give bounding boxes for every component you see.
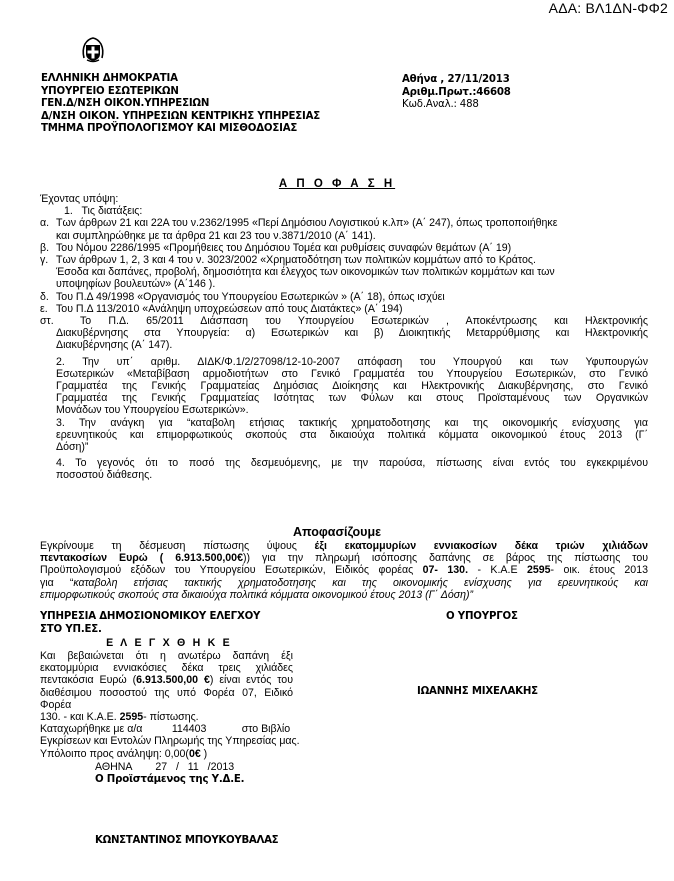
issuer-line: ΥΠΟΥΡΓΕΙΟ ΕΣΩΤΕΡΙΚΩΝ <box>41 86 320 99</box>
decision-line: επιμορφωτικούς σκοπούς στα δικαιούχα πολ… <box>40 589 648 601</box>
reference-block: Αθήνα , 27/11/2013 Αριθμ.Πρωτ.:46608 Κωδ… <box>402 74 511 112</box>
audited-label: Ε Λ Ε Γ Χ Θ Η Κ Ε <box>40 637 298 649</box>
provision-e: ε.Του Π.Δ 113/2010 «Ανάληψη υποχρεώσεων … <box>40 303 648 315</box>
protocol-number: Αριθμ.Πρωτ.:46608 <box>402 87 511 100</box>
audit-certification: Και βεβαιώνεται ότι η ανωτέρω δαπάνη έξι… <box>40 650 293 760</box>
audit-line: πεντακόσια Ευρώ (6.913.500,00 €) είναι ε… <box>40 674 293 686</box>
minister-title: Ο ΥΠΟΥΡΓΟΣ <box>446 611 518 622</box>
considering-label: Έχοντας υπόψη: <box>40 193 648 205</box>
issuer-line: ΓΕΝ.Δ/ΝΣΗ ΟΙΚΟΝ.ΥΠΗΡΕΣΙΩΝ <box>41 98 320 111</box>
audit-line: εκατομμύρια εννιακόσιες δέκα τρεις χιλιά… <box>40 662 293 674</box>
audit-remaining: Υπόλοιπο προς ανάληψη: 0,00(0€ ) <box>40 748 293 760</box>
issuer-line: ΤΜΗΜΑ ΠΡΟΫΠΟΛΟΓΙΣΜΟΥ ΚΑΙ ΜΙΣΘΟΔΟΣΙΑΣ <box>41 123 320 136</box>
decision-line: για “καταβολη ετήσιας τακτικής χρηματοδο… <box>40 577 648 589</box>
considerations: Έχοντας υπόψη: 1. Τις διατάξεις: α.Των ά… <box>40 193 648 482</box>
provision-c-cont: Έσοδα και δαπάνες, προβολή, δημοσιότητα … <box>40 266 648 278</box>
audit-line: 130. - και Κ.Α.Ε. 2595- πίστωσης. <box>40 711 293 723</box>
ada-code: ΑΔΑ: ΒΛ1ΔΝ-ΦΦ2 <box>549 0 668 16</box>
item-2: 2. Την υπ΄ αριθμ. ΔΙΔΚ/Φ.1/2/27098/12-10… <box>40 356 648 368</box>
decision-line: πεντακοσίων Ευρώ ( 6.913.500,00€)) για τ… <box>40 552 648 564</box>
provision-c: γ.Των άρθρων 1, 2, 3 και 4 του ν. 3023/2… <box>40 254 648 266</box>
item-2-cont: Γραμματέα της Γενικής Γραμματείας Ισότητ… <box>40 392 648 404</box>
audit-head-name: ΚΩΝΣΤΑΝΤΙΝΟΣ ΜΠΟΥΚΟΥΒΑΛΑΣ <box>95 835 278 846</box>
issuer-line: Δ/ΝΣΗ ΟΙΚΟΝ. ΥΠΗΡΕΣΙΩΝ ΚΕΝΤΡΙΚΗΣ ΥΠΗΡΕΣΙ… <box>41 111 320 124</box>
document-title: Α Π Ο Φ Α Σ Η <box>0 178 674 190</box>
issuer-line: ΕΛΛΗΝΙΚΗ ΔΗΜΟΚΡΑΤΙΑ <box>41 73 320 86</box>
item-4-cont: ποσοστού διάθεσης. <box>40 469 648 481</box>
audit-date: ΑΘΗΝΑ 27 / 11 /2013 <box>95 761 234 773</box>
minister-name: ΙΩΑΝΝΗΣ ΜΙΧΕΛΑΚΗΣ <box>417 686 538 697</box>
audit-line: διαθέσιμου ποσοστού της υπό Φορέα 07, Ει… <box>40 687 293 711</box>
item-3: 3. Την ανάγκη για “καταβολη ετήσιας τακτ… <box>40 417 648 429</box>
decision-heading: Αποφασίζουμε <box>0 525 674 539</box>
greek-coat-of-arms-icon <box>81 36 105 66</box>
decision-paragraph: Εγκρίνουμε τη δέσμευση πίστωσης ύψους έξ… <box>40 540 648 601</box>
item-2-cont: Εσωτερικών «Μεταβίβαση αρμοδιοτήτων στο … <box>40 368 648 380</box>
analysis-code: Κωδ.Αναλ.: 488 <box>402 99 511 112</box>
audit-service-heading: ΥΠΗΡΕΣΙΑ ΔΗΜΟΣΙΟΝΟΜΙΚΟΥ ΕΛΕΓΧΟΥ ΣΤΟ ΥΠ.Ε… <box>40 611 260 636</box>
document-title-text: Α Π Ο Φ Α Σ Η <box>279 178 395 190</box>
item-2-cont: Μονάδων του Υπουργείου Εσωτερικών». <box>40 404 648 416</box>
item-2-cont: Γραμματέα της Γενικής Γραμματείας Δημόσι… <box>40 380 648 392</box>
issuer-block: ΕΛΛΗΝΙΚΗ ΔΗΜΟΚΡΑΤΙΑ ΥΠΟΥΡΓΕΙΟ ΕΣΩΤΕΡΙΚΩΝ… <box>41 73 320 136</box>
audit-amount: 6.913.500,00 € <box>136 674 210 686</box>
audit-head-title: Ο Προϊστάμενος της Υ.Δ.Ε. <box>95 774 244 785</box>
audit-line: Εγκρίσεων και Εντολών Πληρωμής της Υπηρε… <box>40 735 293 747</box>
item-4: 4. Το γεγονός ότι το ποσό της δεσμευόμεν… <box>40 457 648 469</box>
decision-amount: πεντακοσίων Ευρώ ( 6.913.500,00€ <box>40 552 243 564</box>
provision-st-cont: Διακυβέρνησης στα Υπουργεία: α) Εσωτερικ… <box>40 327 648 339</box>
provision-d: δ.Του Π.Δ 49/1998 «Οργανισμός του Υπουργ… <box>40 291 648 303</box>
item-1: 1. Τις διατάξεις: <box>40 205 648 217</box>
audit-line: Και βεβαιώνεται ότι η ανωτέρω δαπάνη έξι <box>40 650 293 662</box>
item-3-cont: ερευνητικούς και επιμορφωτικούς σκοπούς … <box>40 429 648 441</box>
provision-c-cont: υποψηφίων βουλευτών» (Α΄146 ). <box>40 278 648 290</box>
provision-a: α.Των άρθρων 21 και 22Α του ν.2362/1995 … <box>40 217 648 229</box>
provision-st: στ.Το Π.Δ. 65/2011 Διάσπαση του Υπουργεί… <box>40 315 648 327</box>
decision-line: Προϋπολογισμού εξόδων του Υπουργείου Εσω… <box>40 564 648 576</box>
provision-a-cont: και συμπληρώθηκε με τα άρθρα 21 και 23 τ… <box>40 230 648 242</box>
audit-registration: Καταχωρήθηκε με α/α 114403 στο Βιβλίο <box>40 723 293 735</box>
document-date: Αθήνα , 27/11/2013 <box>402 74 511 87</box>
provision-b: β.Του Νόμου 2286/1995 «Προμήθειες του Δη… <box>40 242 648 254</box>
decision-line: Εγκρίνουμε τη δέσμευση πίστωσης ύψους έξ… <box>40 540 648 552</box>
item-3-cont: Δόση)” <box>40 441 648 453</box>
provision-st-cont: Διακυβέρνησης (Α΄ 147). <box>40 339 648 351</box>
